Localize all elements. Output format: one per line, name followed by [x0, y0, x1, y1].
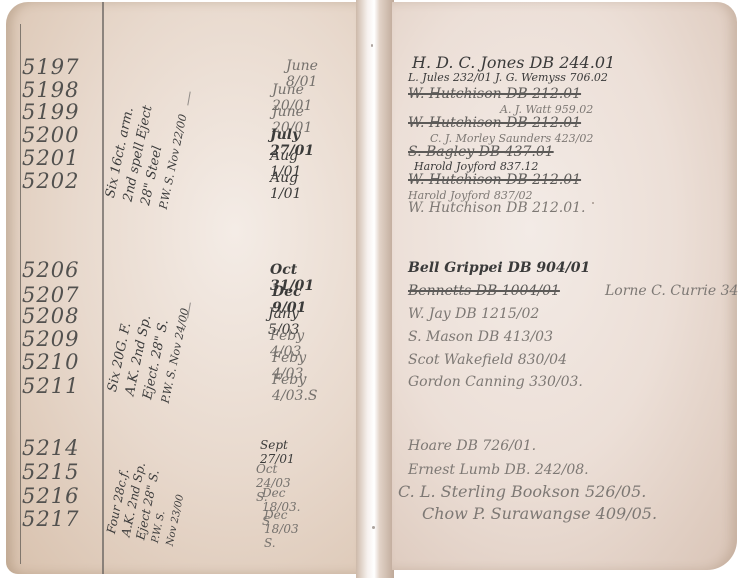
serial-number: 5216: [22, 484, 79, 508]
owner-entry-struck: W. Hutchison DB 212.01: [408, 172, 581, 188]
serial-number: 5211: [22, 374, 79, 398]
date-entry: Dec 18/03 S.: [264, 508, 299, 550]
owner-entry: H. D. C. Jones DB 244.01: [412, 53, 615, 72]
number-column-rule: [102, 2, 104, 574]
owner-entry: S. Mason DB 413/03: [408, 329, 553, 345]
serial-number: 5199: [22, 100, 79, 124]
owner-entry: Chow P. Surawangse 409/05.: [422, 504, 657, 523]
owner-entry-struck: Bennetts DB 1004/01: [408, 283, 560, 299]
owner-entry: W. Hutchison DB 212.01.: [408, 200, 586, 216]
owner-entry: L. Jules 232/01 J. G. Wemyss 706.02: [408, 71, 608, 84]
owner-entry: Scot Wakefield 830/04: [408, 352, 567, 368]
owner-entry: Hoare DB 726/01.: [408, 438, 536, 454]
owner-entry: C. L. Sterling Bookson 526/05.: [398, 482, 646, 501]
serial-number: 5217: [22, 507, 79, 531]
serial-number: 5202: [22, 169, 79, 193]
open-ledger-book: 5197 5198 5199 5200 5201 5202 5206 5207 …: [0, 0, 739, 584]
owner-entry-struck: W. Hutchison DB 212.01: [408, 115, 581, 131]
serial-number: 5206: [22, 258, 79, 282]
owner-entry: Ernest Lumb DB. 242/08.: [408, 462, 589, 478]
owner-entry: Lorne C. Currie 340/06.: [605, 283, 739, 299]
serial-number: 5214: [22, 436, 79, 460]
serial-number: 5198: [22, 78, 79, 102]
serial-number: 5209: [22, 327, 79, 351]
date-entry: Aug 1/01: [270, 170, 301, 202]
serial-number: 5210: [22, 350, 79, 374]
paper-speck: [592, 202, 594, 204]
serial-number: 5208: [22, 304, 79, 328]
owner-entry: Bell Grippei DB 904/01: [408, 260, 590, 276]
owner-entry-struck: S. Bagley DB 437.01: [408, 144, 554, 160]
serial-number: 5201: [22, 146, 79, 170]
owner-entry: Gordon Canning 330/03.: [408, 374, 583, 390]
owner-entry: W. Jay DB 1215/02: [408, 306, 539, 322]
owner-entry-struck: W. Hutchison DB 212.01: [408, 86, 581, 102]
serial-number: 5215: [22, 460, 79, 484]
date-entry: Feby 4/03.S: [272, 372, 317, 404]
serial-number: 5200: [22, 123, 79, 147]
book-gutter: [356, 0, 394, 578]
left-margin-rule: [20, 24, 21, 564]
paper-speck: [372, 526, 375, 529]
gun-description-note: Four 28c.f. A.K. 2nd Sp. Eject 28" S. P.…: [104, 458, 193, 548]
serial-number: 5197: [22, 55, 79, 79]
paper-speck: [371, 44, 373, 47]
